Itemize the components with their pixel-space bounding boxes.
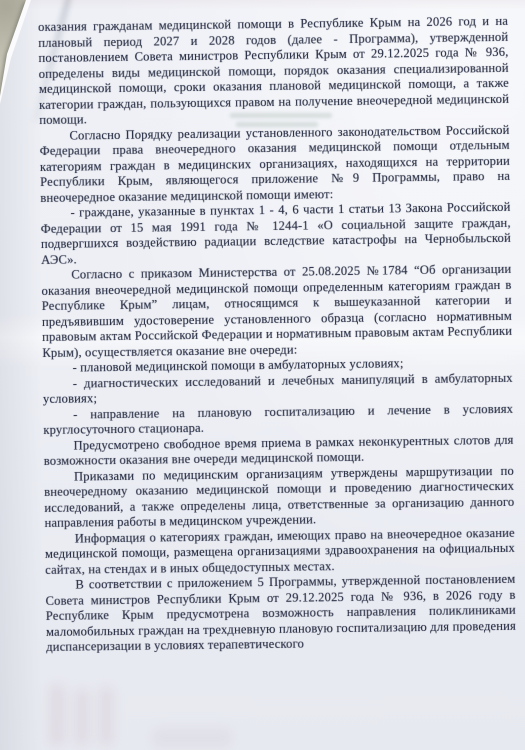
paragraph: оказания гражданам медицинской помощи в … [38, 14, 509, 129]
stamp-bleed-through [74, 688, 90, 746]
paragraph: Согласно с приказом Министерства от 25.0… [41, 262, 512, 361]
paragraph: В соответствии с приложением 5 Программы… [45, 572, 516, 656]
document-text: оказания гражданам медицинской помощи в … [38, 14, 516, 656]
paper-sheet: оказания гражданам медицинской помощи в … [0, 0, 525, 750]
paragraph: Информация о категориях граждан, имеющих… [45, 525, 516, 578]
paper-surface: оказания гражданам медицинской помощи в … [0, 0, 525, 750]
stamp-bleed-through [152, 728, 232, 748]
stamp-bleed-through [98, 686, 114, 746]
paragraph: Согласно Порядку реализации установленно… [39, 122, 510, 206]
paragraph: Приказами по медицинским организациям ут… [44, 463, 515, 531]
document-photo: оказания гражданам медицинской помощи в … [0, 0, 525, 750]
stamp-bleed-through [48, 684, 66, 746]
paragraph: - граждане, указанные в пунктах 1 - 4, 6… [40, 200, 511, 268]
